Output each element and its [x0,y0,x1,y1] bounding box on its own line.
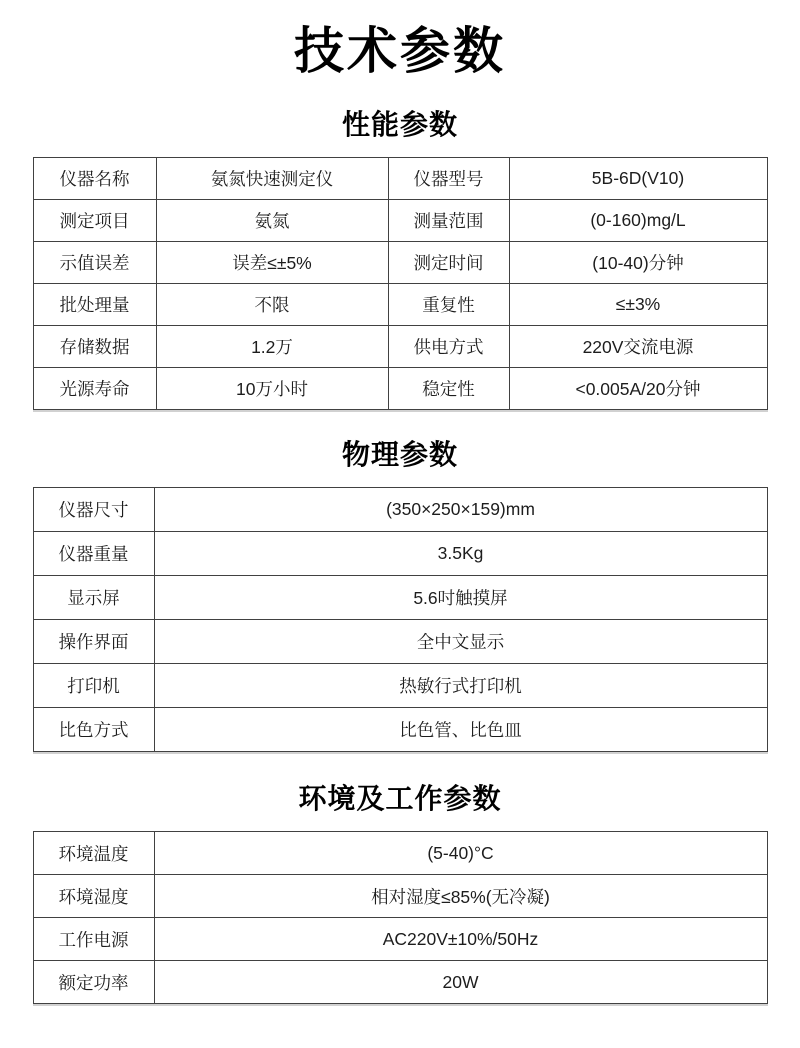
spec-value: ≤±3% [509,284,767,326]
spec-value: (10-40)分钟 [509,242,767,284]
spec-value: (5-40)°C [154,832,767,875]
table-row: 批处理量 不限 重复性 ≤±3% [33,284,767,326]
table-row: 打印机 热敏行式打印机 [33,664,767,708]
performance-table: 仪器名称 氨氮快速测定仪 仪器型号 5B-6D(V10) 测定项目 氨氮 测量范… [33,157,768,410]
spec-label: 稳定性 [388,368,509,410]
spec-label: 仪器重量 [33,532,154,576]
spec-label: 操作界面 [33,620,154,664]
spec-value: (0-160)mg/L [509,200,767,242]
spec-label: 显示屏 [33,576,154,620]
spec-value: 10万小时 [156,368,388,410]
spec-label: 测定项目 [33,200,156,242]
spec-value: 氨氮快速测定仪 [156,158,388,200]
table-row: 存储数据 1.2万 供电方式 220V交流电源 [33,326,767,368]
spec-label: 打印机 [33,664,154,708]
spec-label: 光源寿命 [33,368,156,410]
spec-value: 5.6吋触摸屏 [154,576,767,620]
spec-value: 比色管、比色皿 [154,708,767,752]
table-row: 仪器名称 氨氮快速测定仪 仪器型号 5B-6D(V10) [33,158,767,200]
spec-value: (350×250×159)mm [154,488,767,532]
table-row: 工作电源 AC220V±10%/50Hz [33,918,767,961]
spec-value: 热敏行式打印机 [154,664,767,708]
environment-table: 环境温度 (5-40)°C 环境湿度 相对湿度≤85%(无冷凝) 工作电源 AC… [33,831,768,1004]
table-row: 示值误差 误差≤±5% 测定时间 (10-40)分钟 [33,242,767,284]
table-row: 环境温度 (5-40)°C [33,832,767,875]
table-row: 显示屏 5.6吋触摸屏 [33,576,767,620]
spec-label: 工作电源 [33,918,154,961]
physical-table: 仪器尺寸 (350×250×159)mm 仪器重量 3.5Kg 显示屏 5.6吋… [33,487,768,752]
spec-value: 氨氮 [156,200,388,242]
spec-label: 额定功率 [33,961,154,1004]
spec-label: 重复性 [388,284,509,326]
spec-value: AC220V±10%/50Hz [154,918,767,961]
table-row: 仪器尺寸 (350×250×159)mm [33,488,767,532]
spec-label: 环境温度 [33,832,154,875]
spec-label: 供电方式 [388,326,509,368]
spec-value: <0.005A/20分钟 [509,368,767,410]
table-row: 仪器重量 3.5Kg [33,532,767,576]
spec-value: 20W [154,961,767,1004]
spec-value: 误差≤±5% [156,242,388,284]
spec-value: 不限 [156,284,388,326]
spec-value: 5B-6D(V10) [509,158,767,200]
spec-label: 仪器尺寸 [33,488,154,532]
spec-value: 1.2万 [156,326,388,368]
table-row: 比色方式 比色管、比色皿 [33,708,767,752]
spec-label: 批处理量 [33,284,156,326]
spec-label: 仪器型号 [388,158,509,200]
table-row: 测定项目 氨氮 测量范围 (0-160)mg/L [33,200,767,242]
spec-label: 比色方式 [33,708,154,752]
table-row: 操作界面 全中文显示 [33,620,767,664]
spec-value: 全中文显示 [154,620,767,664]
section-heading-environment: 环境及工作参数 [0,782,800,816]
spec-label: 测量范围 [388,200,509,242]
spec-label: 仪器名称 [33,158,156,200]
section-heading-performance: 性能参数 [0,108,800,142]
spec-value: 3.5Kg [154,532,767,576]
table-row: 环境湿度 相对湿度≤85%(无冷凝) [33,875,767,918]
spec-label: 环境湿度 [33,875,154,918]
table-row: 额定功率 20W [33,961,767,1004]
spec-value: 相对湿度≤85%(无冷凝) [154,875,767,918]
spec-value: 220V交流电源 [509,326,767,368]
spec-label: 存储数据 [33,326,156,368]
spec-label: 示值误差 [33,242,156,284]
table-row: 光源寿命 10万小时 稳定性 <0.005A/20分钟 [33,368,767,410]
spec-label: 测定时间 [388,242,509,284]
section-heading-physical: 物理参数 [0,438,800,472]
spec-sheet-page: 技术参数 性能参数 仪器名称 氨氮快速测定仪 仪器型号 5B-6D(V10) 测… [0,0,800,1048]
page-title: 技术参数 [0,20,800,82]
